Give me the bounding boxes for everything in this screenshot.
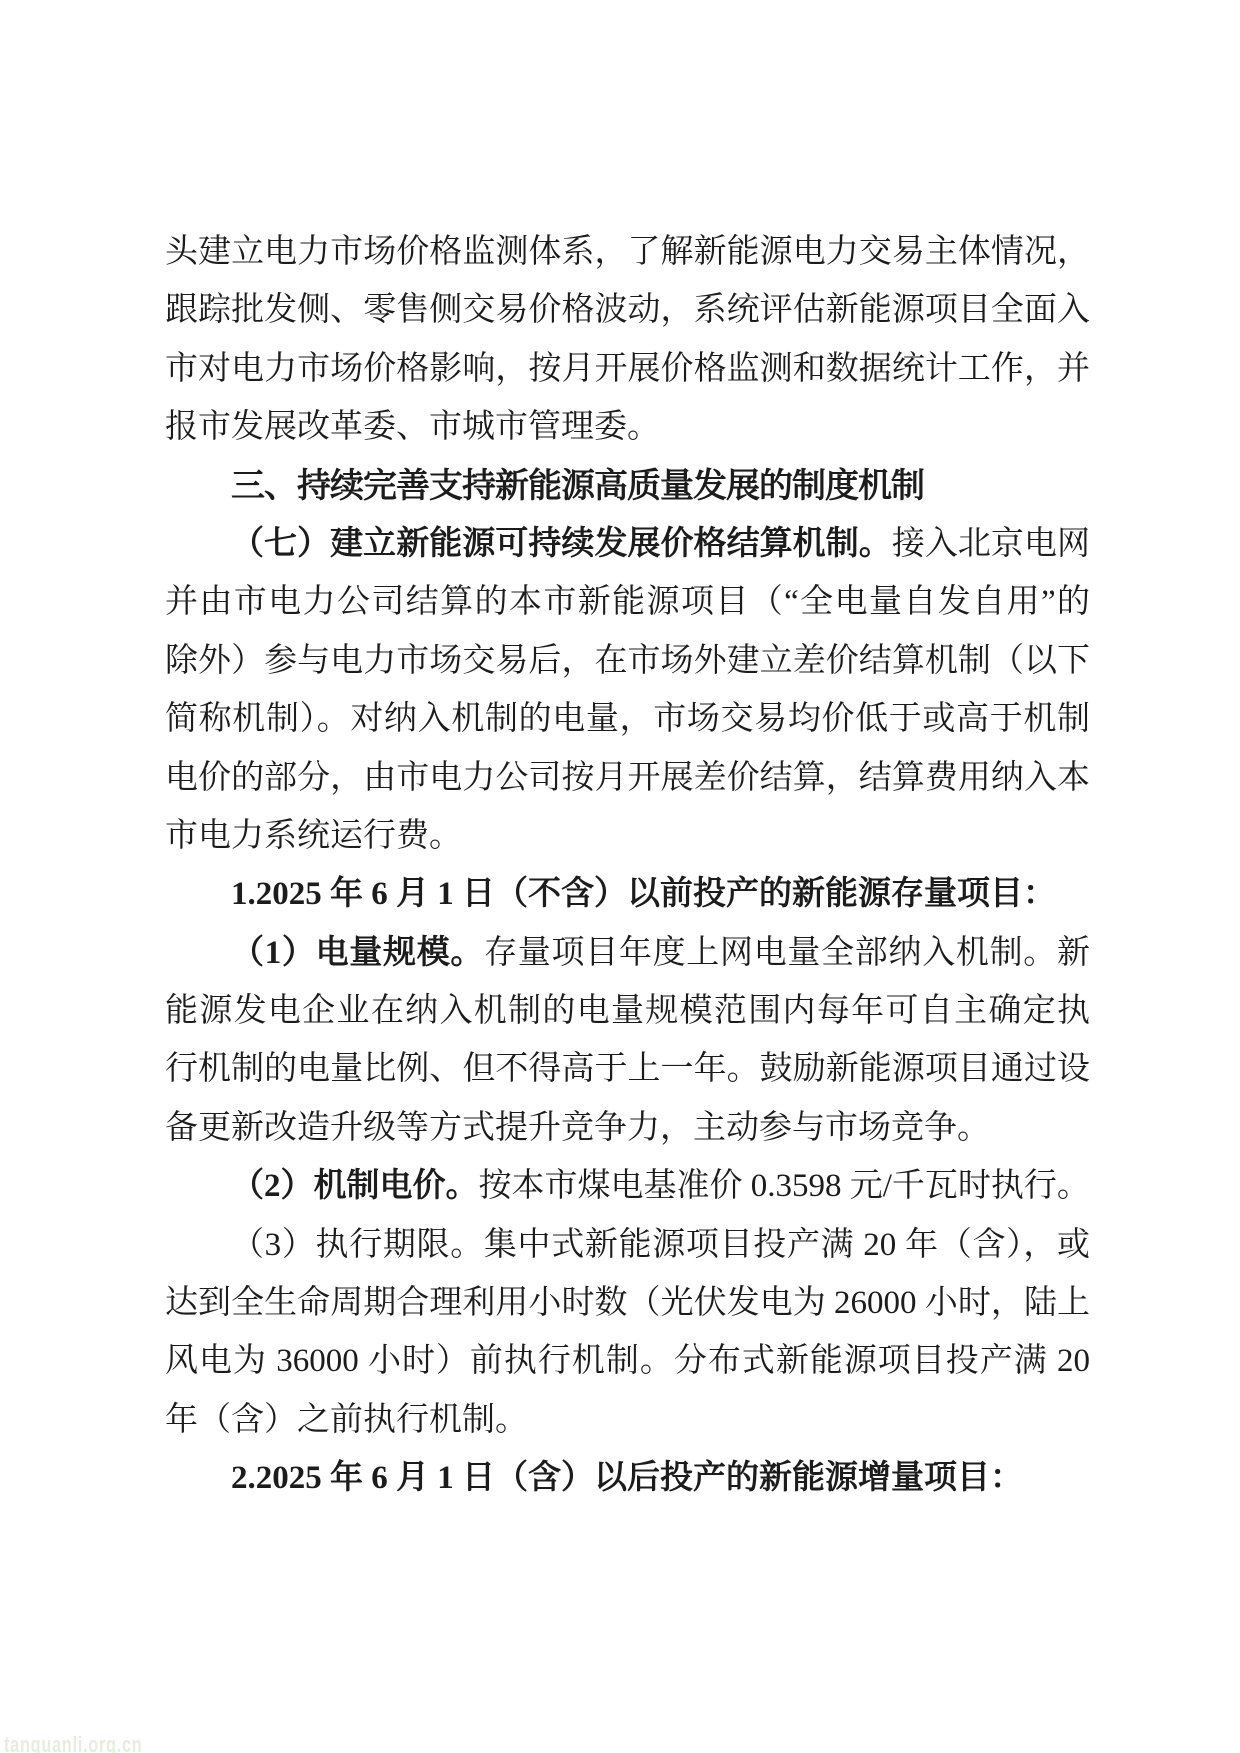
text-line: 市对电力市场价格影响，按月开展价格监测和数据统计工作，并 [165, 340, 1090, 398]
text-line: 2.2025 年 6 月 1 日（含）以后投产的新能源增量项目： [165, 1449, 1090, 1507]
body-text: 电价的部分，由市电力公司按月开展差价结算，结算费用纳入本 [165, 760, 1090, 796]
text-line: 行机制的电量比例、但不得高于上一年。鼓励新能源项目通过设 [165, 1040, 1090, 1098]
body-text: 除外）参与电力市场交易后，在市场外建立差价结算机制（以下 [165, 643, 1090, 679]
body-text: 按本市煤电基准价 0.3598 元/千瓦时执行。 [479, 1168, 1090, 1204]
emphasis-text: （1）电量规模。 [231, 935, 484, 971]
body-text: 跟踪批发侧、零售侧交易价格波动，系统评估新能源项目全面入 [165, 292, 1090, 328]
body-text: 备更新改造升级等方式提升竞争力，主动参与市场竞争。 [165, 1110, 990, 1146]
text-line: （七）建立新能源可持续发展价格结算机制。接入北京电网 [165, 515, 1090, 573]
text-line: 头建立电力市场价格监测体系，了解新能源电力交易主体情况， [165, 223, 1090, 281]
emphasis-text: 2.2025 年 6 月 1 日（含）以后投产的新能源增量项目： [231, 1460, 1023, 1496]
text-line: 报市发展改革委、市城市管理委。 [165, 398, 1090, 456]
body-text: 能源发电企业在纳入机制的电量规模范围内每年可自主确定执 [165, 993, 1090, 1029]
emphasis-text: （七）建立新能源可持续发展价格结算机制。 [231, 526, 892, 562]
body-text: 并由市电力公司结算的本市新能源项目（“全电量自发自用”的 [165, 584, 1090, 620]
body-text: 年（含）之前执行机制。 [165, 1402, 528, 1438]
text-line: 年（含）之前执行机制。 [165, 1391, 1090, 1449]
body-text: 头建立电力市场价格监测体系，了解新能源电力交易主体情况， [165, 234, 1090, 270]
text-line: 三、持续完善支持新能源高质量发展的制度机制 [165, 457, 1090, 515]
body-text: 市电力系统运行费。 [165, 818, 462, 854]
text-line: （3）执行期限。集中式新能源项目投产满 20 年（含），或 [165, 1216, 1090, 1274]
text-line: 备更新改造升级等方式提升竞争力，主动参与市场竞争。 [165, 1099, 1090, 1157]
body-text: 达到全生命周期合理利用小时数（光伏发电为 26000 小时，陆上 [165, 1285, 1090, 1321]
body-text: 市对电力市场价格影响，按月开展价格监测和数据统计工作，并 [165, 351, 1090, 387]
emphasis-text: 1.2025 年 6 月 1 日（不含）以前投产的新能源存量项目： [231, 876, 1056, 912]
text-line: 达到全生命周期合理利用小时数（光伏发电为 26000 小时，陆上 [165, 1274, 1090, 1332]
text-line: 简称机制）。对纳入机制的电量，市场交易均价低于或高于机制 [165, 690, 1090, 748]
body-text: 接入北京电网 [892, 526, 1090, 562]
text-line: （1）电量规模。存量项目年度上网电量全部纳入机制。新 [165, 924, 1090, 982]
body-text: 存量项目年度上网电量全部纳入机制。新 [484, 935, 1090, 971]
text-line: 除外）参与电力市场交易后，在市场外建立差价结算机制（以下 [165, 632, 1090, 690]
text-line: 风电为 36000 小时）前执行机制。分布式新能源项目投产满 20 [165, 1332, 1090, 1390]
document-page: 头建立电力市场价格监测体系，了解新能源电力交易主体情况，跟踪批发侧、零售侧交易价… [0, 0, 1240, 1753]
body-text: 报市发展改革委、市城市管理委。 [165, 409, 660, 445]
text-line: 跟踪批发侧、零售侧交易价格波动，系统评估新能源项目全面入 [165, 281, 1090, 339]
document-body: 头建立电力市场价格监测体系，了解新能源电力交易主体情况，跟踪批发侧、零售侧交易价… [165, 223, 1090, 1508]
text-line: 市电力系统运行费。 [165, 807, 1090, 865]
text-line: 电价的部分，由市电力公司按月开展差价结算，结算费用纳入本 [165, 749, 1090, 807]
body-text: （3）执行期限。集中式新能源项目投产满 20 年（含），或 [231, 1227, 1090, 1263]
body-text: 简称机制）。对纳入机制的电量，市场交易均价低于或高于机制 [165, 701, 1090, 737]
emphasis-text: （2）机制电价。 [231, 1168, 479, 1204]
body-text: 风电为 36000 小时）前执行机制。分布式新能源项目投产满 20 [165, 1343, 1090, 1379]
text-line: 能源发电企业在纳入机制的电量规模范围内每年可自主确定执 [165, 982, 1090, 1040]
section-heading: 三、持续完善支持新能源高质量发展的制度机制 [231, 467, 924, 505]
body-text: 行机制的电量比例、但不得高于上一年。鼓励新能源项目通过设 [165, 1051, 1090, 1087]
text-line: 1.2025 年 6 月 1 日（不含）以前投产的新能源存量项目： [165, 865, 1090, 923]
watermark: tanguanli.org.cn [4, 1732, 142, 1753]
text-line: 并由市电力公司结算的本市新能源项目（“全电量自发自用”的 [165, 573, 1090, 631]
text-line: （2）机制电价。按本市煤电基准价 0.3598 元/千瓦时执行。 [165, 1157, 1090, 1215]
